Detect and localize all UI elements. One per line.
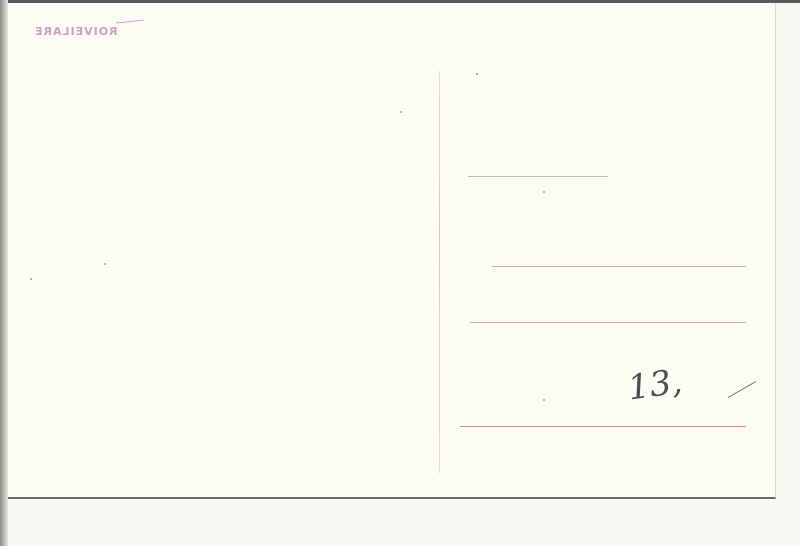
message-address-divider: [439, 71, 440, 473]
stamp-mark: [116, 20, 144, 24]
address-line-4: [460, 426, 746, 427]
speck: [30, 278, 32, 280]
handwritten-number: 13,: [625, 361, 684, 408]
scan-background-right: [776, 3, 800, 498]
scan-background: [8, 498, 800, 546]
publisher-stamp: ROIVEILARE: [34, 25, 118, 38]
speck: [400, 111, 402, 113]
address-line-2: [492, 266, 746, 267]
speck: [104, 263, 106, 265]
postcard-back: ROIVEILARE 13,: [8, 3, 776, 499]
address-line-3: [470, 322, 746, 323]
speck: [543, 399, 545, 401]
address-line-1: [468, 176, 608, 177]
speck: [476, 73, 478, 75]
speck: [543, 191, 545, 193]
handwritten-stroke: [728, 381, 756, 398]
scanner-edge-left: [0, 0, 8, 546]
